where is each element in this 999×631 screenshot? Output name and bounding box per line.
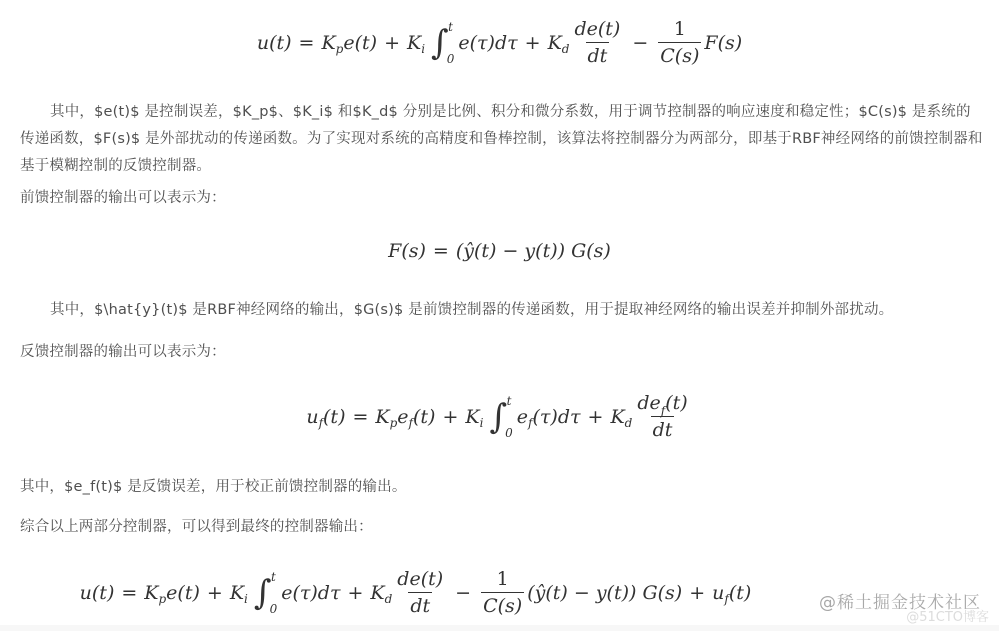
- paragraph-feedback-intro: 反馈控制器的输出可以表示为：: [20, 339, 985, 366]
- paragraph-explanation-3: 其中，$e_f(t)$ 是反馈误差，用于校正前馈控制器的输出。: [20, 474, 985, 501]
- formula-feedback: uf(t) = Kp ef(t) + Ki ∫ t0 ef(τ)dτ + Kd …: [0, 392, 999, 441]
- integral-sign: ∫ t0: [489, 394, 512, 440]
- formula-pid-control-law: u(t) = Kp e(t) + Ki ∫ t0 e(τ)dτ + Kd de(…: [0, 18, 999, 67]
- integral-sign: ∫ t0: [431, 20, 454, 66]
- paragraph-explanation-2: 其中，$\hat{y}(t)$ 是RBF神经网络的输出，$G(s)$ 是前馈控制…: [20, 297, 985, 324]
- watermark-51cto: @51CTO博客: [906, 606, 989, 625]
- fraction-derivative: de(t) dt: [572, 18, 622, 67]
- formula-feedforward: F(s) = (ŷ(t) − y(t)) G(s): [0, 240, 999, 262]
- integral-sign: ∫ t0: [254, 570, 277, 616]
- fraction-derivative: de(t) dt: [395, 568, 445, 617]
- paragraph-feedforward-intro: 前馈控制器的输出可以表示为：: [20, 185, 985, 212]
- formula-combined-output: u(t) = Kp e(t) + Ki ∫ t0 e(τ)dτ + Kd de(…: [0, 568, 915, 617]
- article-body: u(t) = Kp e(t) + Ki ∫ t0 e(τ)dτ + Kd de(…: [0, 0, 999, 631]
- bottom-divider: [0, 625, 999, 631]
- paragraph-explanation-1: 其中，$e(t)$ 是控制误差，$K_p$、$K_i$ 和$K_d$ 分别是比例…: [20, 99, 985, 180]
- fraction-transfer: 1 C(s): [658, 18, 701, 67]
- paragraph-combined-intro: 综合以上两部分控制器，可以得到最终的控制器输出：: [20, 514, 985, 541]
- fraction-transfer: 1 C(s): [481, 568, 524, 617]
- fraction-derivative: def(t) dt: [635, 392, 689, 441]
